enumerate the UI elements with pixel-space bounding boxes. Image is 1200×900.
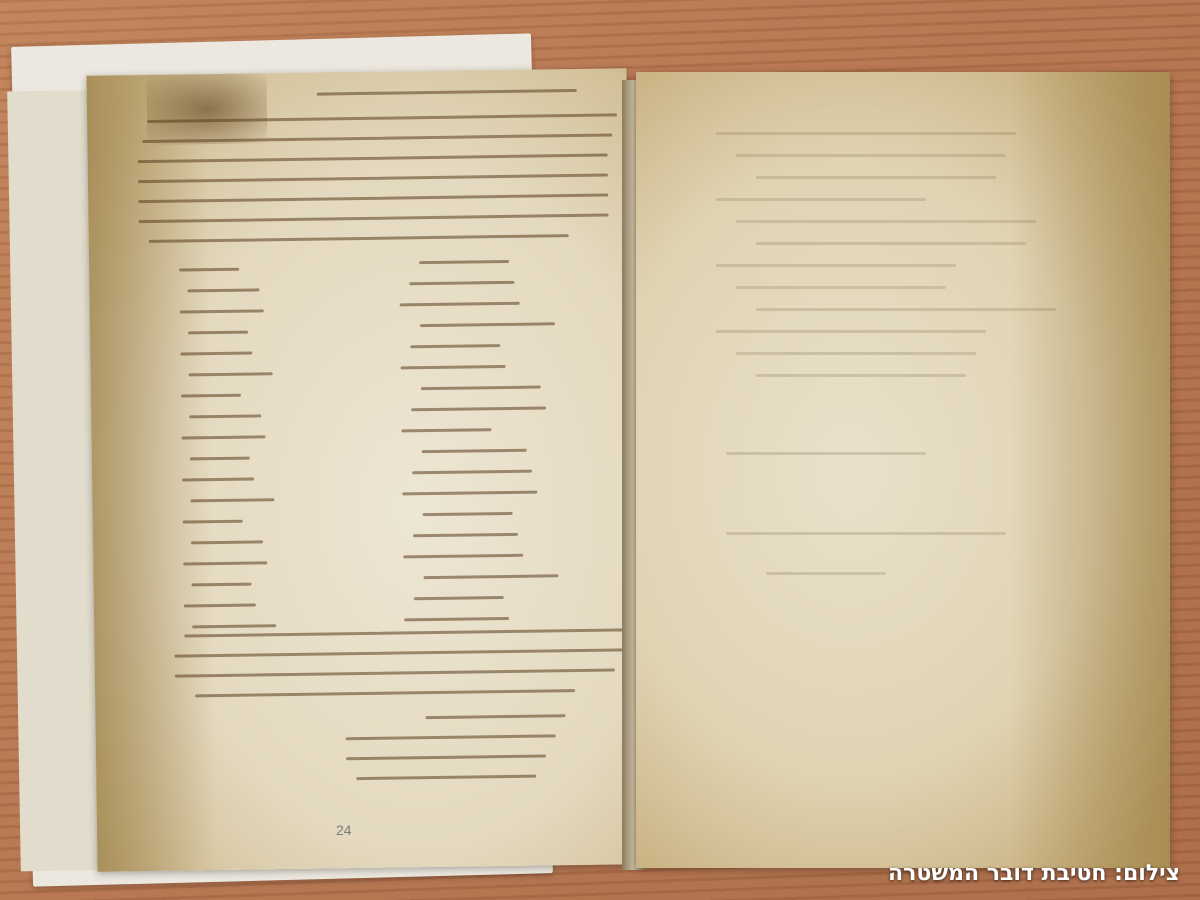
- water-stain-top: [146, 73, 267, 145]
- water-stain: [86, 74, 217, 872]
- right-manuscript-page: [636, 72, 1170, 868]
- water-stain-right: [1010, 72, 1170, 868]
- left-manuscript-page: [86, 68, 637, 871]
- page-number: 24: [336, 822, 352, 838]
- photo-credit-caption: צילום: חטיבת דובר המשטרה: [888, 861, 1180, 886]
